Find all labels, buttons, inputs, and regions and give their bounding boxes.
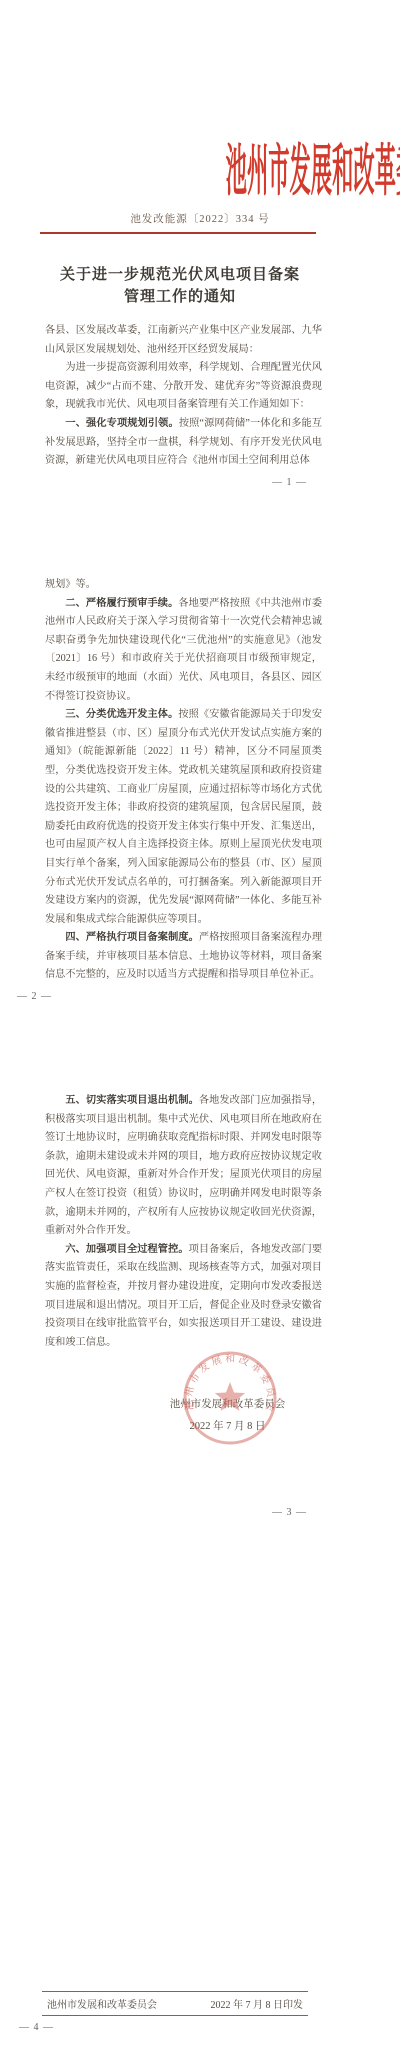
masthead-text: 池州市发展和改革委员会文件 — [226, 127, 400, 207]
section-3-paragraph: 三、分类优选开发主体。按照《安徽省能源局关于印发安徽省推进整县（市、区）屋顶分布… — [45, 706, 322, 929]
doc-title: 关于进一步规范光伏风电项目备案 管理工作的通知 — [0, 264, 360, 308]
seal-star-icon — [215, 1382, 245, 1411]
section-3-heading: 三、分类优选开发主体。 — [65, 709, 178, 720]
section-4-paragraph: 四、严格执行项目备案制度。严格按照项目备案流程办理备案手续，并审核项目基本信息、… — [45, 929, 322, 985]
official-seal: 池州市发展和改革委员会 — [178, 1346, 282, 1450]
doc-title-line1: 关于进一步规范光伏风电项目备案 — [0, 264, 360, 286]
red-divider-line — [40, 232, 316, 234]
footer-issuer: 池州市发展和改革委员会 — [47, 1996, 157, 2011]
section-6-text: 项目备案后，各地发改部门要落实监管责任，采取在线监测、现场核查等方式，加强对项目… — [45, 1244, 322, 1348]
section-1-paragraph: 一、强化专项规划引领。按照“源网荷储”一体化和多能互补发展思路，坚持全市一盘棋，… — [45, 415, 322, 471]
intro-paragraph: 为进一步提高资源利用效率，科学规划、合理配置光伏风电资源，减少“占而不建、分散开… — [45, 359, 322, 415]
page-number-4: — 4 — — [19, 2022, 54, 2033]
section-5-heading: 五、切实落实项目退出机制。 — [65, 1095, 198, 1106]
page-number-3: — 3 — — [272, 1507, 307, 1518]
section-4-heading: 四、严格执行项目备案制度。 — [65, 932, 198, 943]
page3-body: 五、切实落实项目退出机制。各地发改部门应加强指导，积极落实项目退出机制。集中式光… — [45, 1092, 322, 1352]
section-2-text: 各地要严格按照《中共池州市委池州市人民政府关于深入学习贯彻省第十一次党代会精神忠… — [45, 598, 322, 702]
masthead: 池州市发展和改革委员会文件 — [0, 127, 400, 207]
section-5-text: 各地发改部门应加强指导，积极落实项目退出机制。集中式光伏、风电项目所在地政府在签… — [45, 1095, 322, 1236]
section-6-heading: 六、加强项目全过程管控。 — [65, 1244, 188, 1255]
section-1-heading: 一、强化专项规划引领。 — [65, 418, 178, 429]
footer-print-date: 2022 年 7 月 8 日印发 — [211, 1996, 304, 2011]
addressee: 各县、区发展改革委，江南新兴产业集中区产业发展部、九华山风景区发展规划处、池州经… — [45, 322, 322, 359]
issuance-footer: 池州市发展和改革委员会 2022 年 7 月 8 日印发 — [42, 1991, 308, 2016]
section-6-paragraph: 六、加强项目全过程管控。项目备案后，各地发改部门要落实监管责任，采取在线监测、现… — [45, 1241, 322, 1353]
section-5-paragraph: 五、切实落实项目退出机制。各地发改部门应加强指导，积极落实项目退出机制。集中式光… — [45, 1092, 322, 1241]
section-3-text: 按照《安徽省能源局关于印发安徽省推进整县（市、区）屋顶分布式光伏开发试点实施方案… — [45, 709, 322, 925]
doc-number: 池发改能源〔2022〕334 号 — [0, 211, 400, 226]
page1-body: 各县、区发展改革委，江南新兴产业集中区产业发展部、九华山风景区发展规划处、池州经… — [45, 322, 322, 471]
section-1-continuation: 规划》等。 — [45, 576, 322, 595]
page-number-1: — 1 — — [272, 477, 307, 488]
section-2-paragraph: 二、严格履行预审手续。各地要严格按照《中共池州市委池州市人民政府关于深入学习贯彻… — [45, 595, 322, 707]
page2-body: 规划》等。 二、严格履行预审手续。各地要严格按照《中共池州市委池州市人民政府关于… — [45, 576, 322, 985]
doc-title-line2: 管理工作的通知 — [0, 286, 360, 308]
page-number-2: — 2 — — [17, 991, 52, 1002]
section-2-heading: 二、严格履行预审手续。 — [65, 598, 178, 609]
official-document: 池州市发展和改革委员会文件 池发改能源〔2022〕334 号 关于进一步规范光伏… — [0, 0, 400, 2072]
